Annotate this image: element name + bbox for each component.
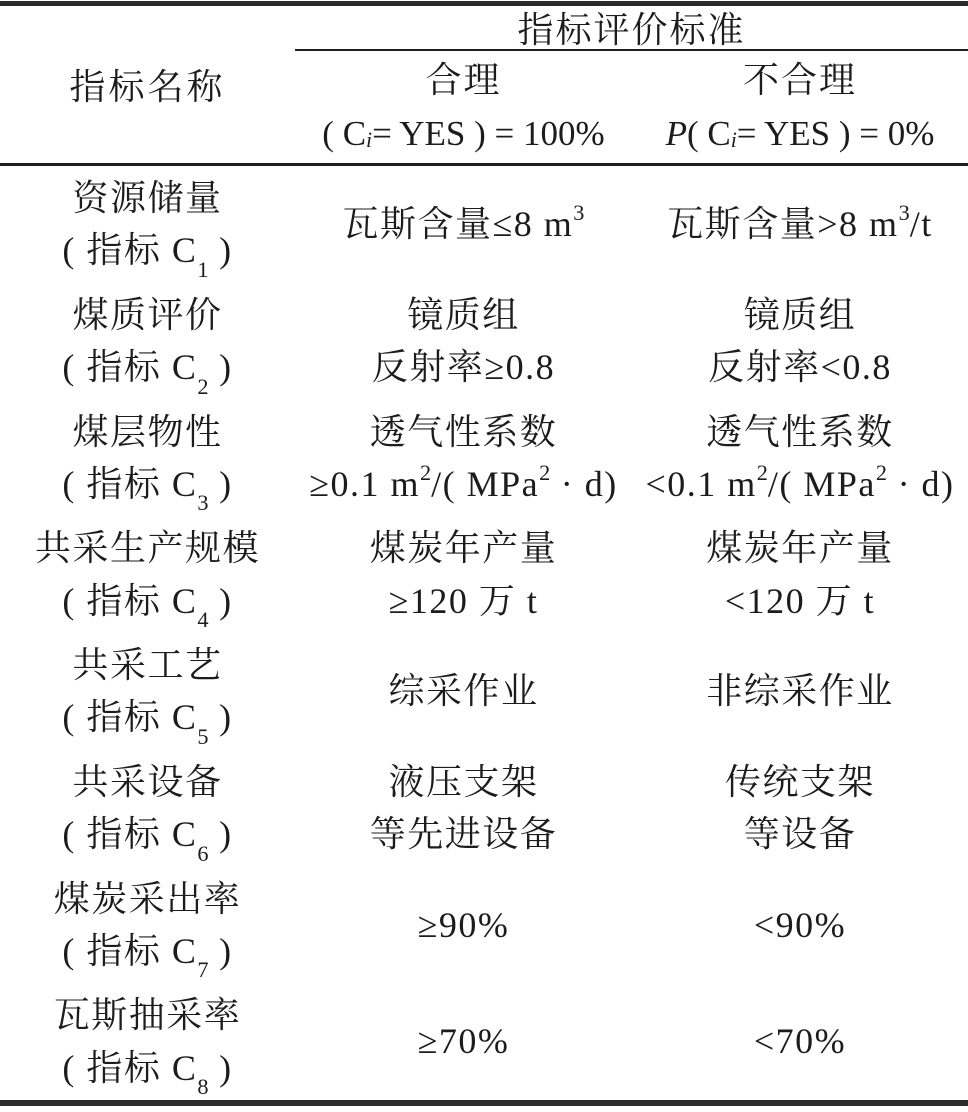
header-reasonable: 合理 xyxy=(295,51,632,104)
unreasonable-cell: 非综采作业 xyxy=(632,633,968,750)
criterion-line: <120 万 t xyxy=(725,581,875,621)
indicator-name-cell: 煤质评价 ( 指标 C2 ) xyxy=(0,283,295,400)
table-row-c7: 煤炭采出率 ( 指标 C7 ) ≥90% <90% xyxy=(0,867,968,984)
indicator-id: ( 指标 C8 ) xyxy=(62,1048,232,1088)
table-bottom-rule xyxy=(0,1100,968,1106)
criterion-line: 透气性系数 xyxy=(370,412,558,452)
unreasonable-cell: 透气性系数 <0.1 m2/( MPa2 · d) xyxy=(632,400,968,517)
reasonable-cell: ≥70% xyxy=(295,983,632,1100)
criterion-line: 镜质组 xyxy=(407,295,520,335)
criterion-line: 煤炭年产量 xyxy=(370,528,558,568)
indicator-id: ( 指标 C7 ) xyxy=(62,931,232,971)
table-row-c5: 共采工艺 ( 指标 C5 ) 综采作业 非综采作业 xyxy=(0,633,968,750)
indicator-id: ( 指标 C2 ) xyxy=(62,347,232,387)
criterion-line: <70% xyxy=(754,1021,846,1061)
reasonable-cell: 综采作业 xyxy=(295,633,632,750)
table-row-c1: 资源储量 ( 指标 C1 ) 瓦斯含量≤8 m3 瓦斯含量>8 m3/t xyxy=(0,166,968,283)
unreasonable-cell: 瓦斯含量>8 m3/t xyxy=(632,166,968,283)
evaluation-standards-table: 指标名称 指标评价标准 合理 不合理 ( Ci = YES ) = 100% P… xyxy=(0,0,968,1106)
criterion-line: ≥90% xyxy=(418,905,510,945)
table-body: 资源储量 ( 指标 C1 ) 瓦斯含量≤8 m3 瓦斯含量>8 m3/t 煤质评… xyxy=(0,166,968,1100)
criterion-line: 煤炭年产量 xyxy=(706,528,894,568)
indicator-name: 共采工艺 xyxy=(72,645,222,685)
reasonable-cell: 镜质组 反射率≥0.8 xyxy=(295,283,632,400)
header-unreasonable: 不合理 xyxy=(632,51,968,104)
table-row-c8: 瓦斯抽采率 ( 指标 C8 ) ≥70% <70% xyxy=(0,983,968,1100)
unreasonable-cell: 传统支架 等设备 xyxy=(632,750,968,867)
indicator-name: 瓦斯抽采率 xyxy=(54,995,242,1035)
indicator-name-cell: 共采设备 ( 指标 C6 ) xyxy=(0,750,295,867)
indicator-id: ( 指标 C4 ) xyxy=(62,581,232,621)
indicator-name: 共采生产规模 xyxy=(35,528,260,568)
criterion-line: <0.1 m2/( MPa2 · d) xyxy=(645,464,954,504)
table-row-c3: 煤层物性 ( 指标 C3 ) 透气性系数 ≥0.1 m2/( MPa2 · d)… xyxy=(0,400,968,517)
reasonable-cell: 液压支架 等先进设备 xyxy=(295,750,632,867)
unreasonable-cell: 镜质组 反射率<0.8 xyxy=(632,283,968,400)
criterion-line: 瓦斯含量>8 m3/t xyxy=(667,204,932,244)
unreasonable-cell: <70% xyxy=(632,983,968,1100)
criterion-line: 传统支架 xyxy=(725,762,875,802)
criterion-line: 液压支架 xyxy=(388,762,538,802)
indicator-name-cell: 煤炭采出率 ( 指标 C7 ) xyxy=(0,867,295,984)
table-row-c6: 共采设备 ( 指标 C6 ) 液压支架 等先进设备 传统支架 等设备 xyxy=(0,750,968,867)
indicator-name: 煤质评价 xyxy=(72,295,222,335)
criterion-line: 综采作业 xyxy=(388,671,538,711)
criterion-line: ≥0.1 m2/( MPa2 · d) xyxy=(309,464,618,504)
reasonable-cell: 煤炭年产量 ≥120 万 t xyxy=(295,516,632,633)
criterion-line: <90% xyxy=(754,905,846,945)
unreasonable-cell: 煤炭年产量 <120 万 t xyxy=(632,516,968,633)
reasonable-cell: 透气性系数 ≥0.1 m2/( MPa2 · d) xyxy=(295,400,632,517)
criterion-line: 反射率≥0.8 xyxy=(372,347,555,387)
indicator-id: ( 指标 C1 ) xyxy=(62,230,232,270)
indicator-name-cell: 资源储量 ( 指标 C1 ) xyxy=(0,166,295,283)
criterion-line: 非综采作业 xyxy=(706,671,894,711)
unreasonable-cell: <90% xyxy=(632,867,968,984)
indicator-name: 煤炭采出率 xyxy=(54,879,242,919)
reasonable-cell: ≥90% xyxy=(295,867,632,984)
indicator-name-cell: 瓦斯抽采率 ( 指标 C8 ) xyxy=(0,983,295,1100)
criterion-line: ≥120 万 t xyxy=(389,581,539,621)
indicator-id: ( 指标 C3 ) xyxy=(62,464,232,504)
table-row-c4: 共采生产规模 ( 指标 C4 ) 煤炭年产量 ≥120 万 t 煤炭年产量 <1… xyxy=(0,516,968,633)
indicator-name-cell: 煤层物性 ( 指标 C3 ) xyxy=(0,400,295,517)
table-header: 指标名称 指标评价标准 合理 不合理 ( Ci = YES ) = 100% P… xyxy=(0,6,968,163)
criterion-line: 等设备 xyxy=(744,814,857,854)
criterion-line: 透气性系数 xyxy=(706,412,894,452)
criterion-line: ≥70% xyxy=(418,1021,510,1061)
indicator-name: 煤层物性 xyxy=(72,412,222,452)
indicator-id: ( 指标 C5 ) xyxy=(62,697,232,737)
indicator-name: 资源储量 xyxy=(72,178,222,218)
indicator-id: ( 指标 C6 ) xyxy=(62,814,232,854)
criterion-line: 等先进设备 xyxy=(370,814,558,854)
reasonable-cell: 瓦斯含量≤8 m3 xyxy=(295,166,632,283)
indicator-name-cell: 共采生产规模 ( 指标 C4 ) xyxy=(0,516,295,633)
header-indicator-name: 指标名称 xyxy=(0,6,295,163)
header-unreasonable-formula: P( Ci = YES ) = 0% xyxy=(632,104,968,163)
header-span-title: 指标评价标准 xyxy=(295,6,968,51)
criterion-line: 瓦斯含量≤8 m3 xyxy=(343,204,585,244)
criterion-line: 反射率<0.8 xyxy=(708,347,892,387)
header-reasonable-formula: ( Ci = YES ) = 100% xyxy=(295,104,632,163)
criterion-line: 镜质组 xyxy=(744,295,857,335)
indicator-name-cell: 共采工艺 ( 指标 C5 ) xyxy=(0,633,295,750)
indicator-name: 共采设备 xyxy=(72,762,222,802)
table-row-c2: 煤质评价 ( 指标 C2 ) 镜质组 反射率≥0.8 镜质组 反射率<0.8 xyxy=(0,283,968,400)
